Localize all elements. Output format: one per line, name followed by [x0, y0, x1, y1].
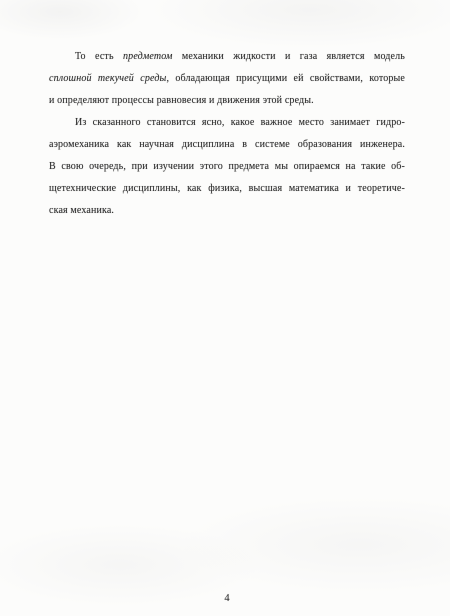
text-line: аэромеханика как научная дисциплина в си…	[49, 134, 405, 156]
text-line: То есть предметом механики жидкости и га…	[49, 46, 405, 68]
text-segment-italic: сплошной текучей среды	[49, 73, 166, 84]
text-line: Из сказанного становится ясно, какое важ…	[49, 112, 405, 134]
text-line: и определяют процессы равновесия и движе…	[49, 90, 405, 112]
page-number: 4	[49, 593, 405, 605]
text-segment: механики жидкости и газа является модель	[173, 51, 405, 62]
text-segment: Из сказанного становится ясно, какое важ…	[75, 117, 405, 128]
text-segment-italic: предметом	[123, 51, 173, 62]
text-segment: То есть	[75, 51, 123, 62]
text-line: ская механика.	[49, 200, 405, 222]
text-segment: ская механика.	[49, 205, 114, 216]
text-line: В свою очередь, при изучении этого предм…	[49, 156, 405, 178]
text-segment: щетехнические дисциплины, как физика, вы…	[49, 183, 405, 194]
text-segment: В свою очередь, при изучении этого предм…	[49, 161, 405, 172]
text-line: сплошной текучей среды, обладающая прису…	[49, 68, 405, 90]
text-block: То есть предметом механики жидкости и га…	[49, 46, 405, 222]
scanned-book-page: То есть предметом механики жидкости и га…	[0, 0, 450, 616]
text-segment: и определяют процессы равновесия и движе…	[49, 95, 314, 106]
text-segment: , обладающая присущими ей свойствами, ко…	[166, 73, 405, 84]
text-line: щетехнические дисциплины, как физика, вы…	[49, 178, 405, 200]
text-segment: аэромеханика как научная дисциплина в си…	[49, 139, 405, 150]
